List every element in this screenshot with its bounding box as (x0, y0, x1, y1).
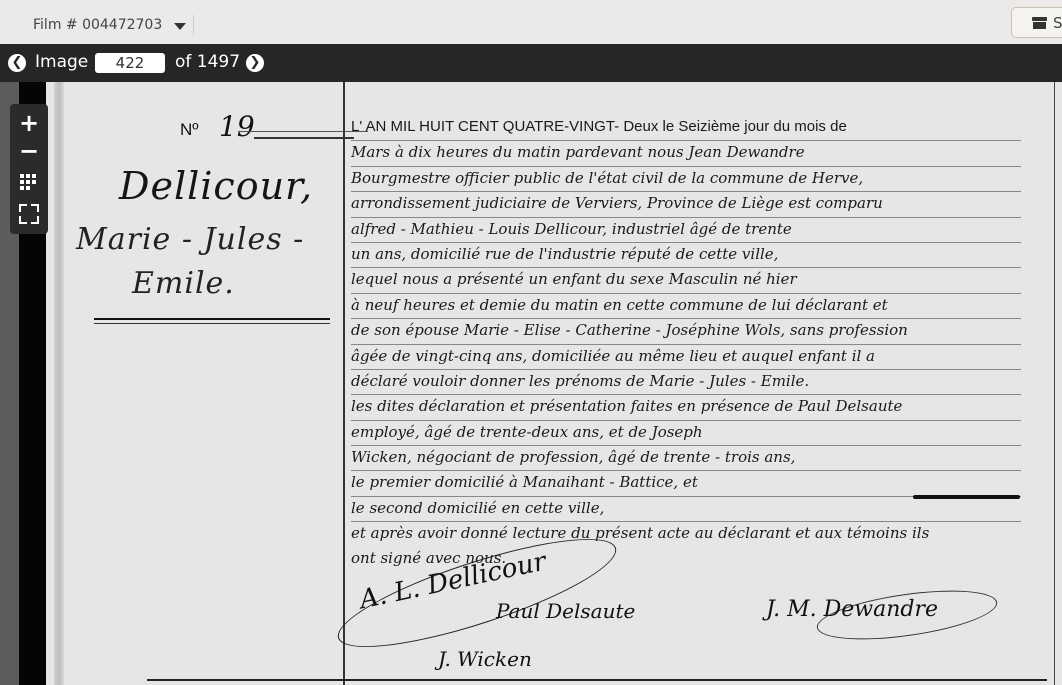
save-button[interactable]: S (1011, 7, 1062, 38)
record-line: Wicken, négociant de profession, âgé de … (351, 446, 1021, 471)
zoom-controls: + − (10, 104, 48, 234)
record-text: L' AN MIL HUIT CENT QUATRE-VINGT- Deux l… (351, 116, 1021, 571)
right-rule (1054, 82, 1055, 685)
record-line: employé, âgé de trente-deux ans, et de J… (351, 421, 1021, 446)
chevron-left-icon[interactable]: ❮ (8, 54, 26, 72)
fullscreen-icon[interactable] (10, 200, 48, 230)
film-number: Film # 004472703 (33, 17, 162, 33)
archive-box-icon (1032, 17, 1047, 29)
number-underline-2 (254, 137, 354, 139)
top-bar: Film # 004472703 S (0, 0, 1062, 44)
image-navigation-bar: ❮ Image of 1497 ❯ (0, 44, 1062, 82)
record-line: L' AN MIL HUIT CENT QUATRE-VINGT- Deux l… (351, 116, 1021, 141)
margin-given-names-1: Marie - Jules - (76, 222, 304, 257)
bottom-rule (147, 679, 1047, 681)
record-line: à neuf heures et demie du matin en cette… (351, 294, 1021, 319)
record-line: Mars à dix heures du matin pardevant nou… (351, 141, 1021, 166)
line-filler-mark (913, 495, 1020, 499)
record-line: le second domicilié en cette ville, (351, 497, 1021, 522)
image-total: of 1497 (175, 52, 240, 72)
film-selector[interactable]: Film # 004472703 (33, 15, 194, 35)
divider (193, 15, 194, 35)
name-rule-2 (94, 323, 330, 324)
record-line: un ans, domicilié rue de l'industrie rép… (351, 243, 1021, 268)
image-label: Image (35, 52, 88, 72)
record-line: déclaré vouloir donner les prénoms de Ma… (351, 370, 1021, 395)
record-line: âgée de vingt-cinq ans, domiciliée au mê… (351, 345, 1021, 370)
record-line: le premier domicilié à Manaihant - Batti… (351, 471, 1021, 496)
image-number-input[interactable] (95, 53, 165, 73)
record-number-label: Nº (180, 120, 199, 140)
margin-given-names-2: Emile. (132, 266, 235, 301)
record-line: les dites déclaration et présentation fa… (351, 395, 1021, 420)
record-line: alfred - Mathieu - Louis Dellicour, indu… (351, 218, 1021, 243)
name-rule (94, 318, 330, 320)
save-button-label: S (1053, 14, 1062, 32)
image-viewer[interactable]: Nº 19 Dellicour, Marie - Jules - Emile. … (0, 82, 1062, 685)
record-line: de son épouse Marie - Elise - Catherine … (351, 319, 1021, 344)
grid-view-icon[interactable] (10, 170, 48, 200)
record-line: Bourgmestre officier public de l'état ci… (351, 167, 1021, 192)
record-line: lequel nous a présenté un enfant du sexe… (351, 268, 1021, 293)
signature-witness-2: J. Wicken (438, 647, 532, 671)
zoom-in-button[interactable]: + (10, 109, 48, 139)
chevron-right-icon[interactable]: ❯ (246, 54, 264, 72)
margin-rule (343, 82, 345, 685)
record-line: et après avoir donné lecture du présent … (351, 522, 1021, 546)
page-fold (54, 82, 64, 685)
signature-official: J. M. Dewandre (766, 597, 938, 622)
record-number: 19 (219, 110, 255, 143)
number-underline (238, 131, 368, 132)
zoom-out-button[interactable]: − (10, 138, 48, 168)
margin-surname: Dellicour, (119, 164, 313, 208)
chevron-down-icon[interactable] (174, 23, 186, 30)
document-image[interactable]: Nº 19 Dellicour, Marie - Jules - Emile. … (46, 82, 1062, 685)
signature-witness-1: Paul Delsaute (496, 599, 635, 623)
record-line: arrondissement judiciaire de Verviers, P… (351, 192, 1021, 217)
